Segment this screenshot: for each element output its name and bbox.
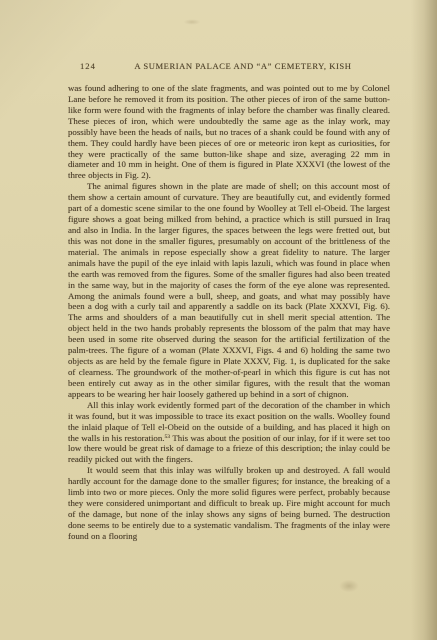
paragraph-inlay-position: All this inlay work evidently formed par… bbox=[68, 400, 390, 466]
paragraph-continuation: was found adhering to one of the slate f… bbox=[68, 83, 390, 181]
paragraph-animal-figures: The animal figures shown in the plate ar… bbox=[68, 181, 390, 399]
running-header: 124 A SUMERIAN PALACE AND “A” CEMETERY, … bbox=[68, 61, 390, 71]
scanned-book-page: 124 A SUMERIAN PALACE AND “A” CEMETERY, … bbox=[0, 0, 437, 640]
body-text: was found adhering to one of the slate f… bbox=[68, 83, 390, 542]
paragraph-destruction: It would seem that this inlay was wilful… bbox=[68, 465, 390, 541]
page-content: 124 A SUMERIAN PALACE AND “A” CEMETERY, … bbox=[68, 61, 390, 542]
running-header-title: A SUMERIAN PALACE AND “A” CEMETERY, KISH bbox=[96, 61, 390, 71]
paragraph-text: was found adhering to one of the slate f… bbox=[68, 83, 390, 180]
paragraph-text: It would seem that this inlay was wilful… bbox=[68, 465, 390, 541]
paragraph-text: The animal figures shown in the plate ar… bbox=[68, 181, 390, 399]
page-number: 124 bbox=[80, 61, 96, 71]
